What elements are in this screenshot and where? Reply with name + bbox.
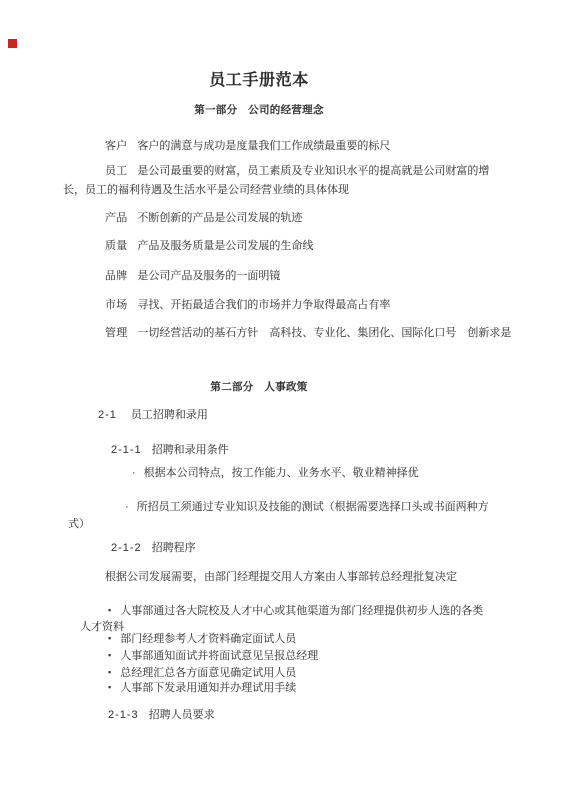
bullet-item: ·所招员工须通过专业知识及技能的测试（根据需要选择口头或书面两种方式） bbox=[68, 499, 493, 533]
principle-label: 产品 bbox=[105, 212, 127, 224]
bullet-item: ▪人事部通知面试并将面试意见呈报总经理 bbox=[108, 649, 318, 663]
section-heading-2-1-3: 2-1-3招聘人员要求 bbox=[108, 709, 215, 722]
principle-label: 客户 bbox=[105, 140, 127, 152]
bullet-text: 人事部通过各大院校及人才中心或其他渠道为部门经理提供初步人选的各类人才资料 bbox=[80, 605, 483, 633]
bullet-item: ▪人事部通过各大院校及人才中心或其他渠道为部门经理提供初步人选的各类人才资料 bbox=[80, 602, 489, 635]
principle-text: 产品及服务质量是公司发展的生命线 bbox=[137, 240, 313, 252]
principle-item: 品牌是公司产品及服务的一面明镜 bbox=[63, 267, 280, 286]
bullet-text: 部门经理参考人才资料确定面试人员 bbox=[120, 633, 296, 645]
section-title: 员工招聘和录用 bbox=[131, 409, 208, 421]
part1-heading: 第一部分 公司的经营理念 bbox=[0, 104, 518, 117]
principle-item: 员工是公司最重要的财富，员工素质及专业知识水平的提高就是公司财富的增长，员工的福… bbox=[63, 162, 493, 200]
dot-bullet-icon: · bbox=[125, 501, 129, 513]
section-heading-2-1-1: 2-1-1招聘和录用条件 bbox=[111, 444, 229, 457]
principle-text: 客户的满意与成功是度量我们工作成绩最重要的标尺 bbox=[137, 140, 390, 152]
principle-label: 质量 bbox=[105, 240, 127, 252]
bullet-text: 总经理汇总各方面意见确定试用人员 bbox=[120, 667, 296, 679]
square-bullet-icon: ▪ bbox=[108, 605, 111, 615]
principle-label: 市场 bbox=[105, 299, 127, 311]
principle-text: 不断创新的产品是公司发展的轨迹 bbox=[137, 212, 302, 224]
section-number: 2-1-3 bbox=[108, 709, 139, 721]
square-bullet-icon: ▪ bbox=[108, 650, 111, 660]
section-title: 招聘人员要求 bbox=[149, 709, 215, 721]
section-number: 2-1-2 bbox=[111, 542, 142, 554]
principle-item: 产品不断创新的产品是公司发展的轨迹 bbox=[63, 209, 302, 228]
bullet-item: ▪人事部下发录用通知并办理试用手续 bbox=[108, 681, 296, 695]
principle-label: 品牌 bbox=[105, 270, 127, 282]
square-bullet-icon: ▪ bbox=[108, 667, 111, 677]
principle-item: 质量产品及服务质量是公司发展的生命线 bbox=[63, 237, 313, 256]
square-bullet-icon: ▪ bbox=[108, 682, 111, 692]
bullet-text: 人事部通知面试并将面试意见呈报总经理 bbox=[120, 650, 318, 662]
red-marker-icon bbox=[8, 39, 17, 48]
bullet-text: 所招员工须通过专业知识及技能的测试（根据需要选择口头或书面两种方式） bbox=[68, 501, 489, 530]
square-bullet-icon: ▪ bbox=[108, 633, 111, 643]
principle-item: 管理一切经营活动的基石方针 高科技、专业化、集团化、国际化口号 创新求是 bbox=[63, 324, 511, 343]
principle-item: 市场寻找、开拓最适合我们的市场并力争取得最高占有率 bbox=[63, 296, 390, 315]
bullet-text: 根据本公司特点，按工作能力、业务水平、敬业精神择优 bbox=[144, 467, 419, 479]
document-page: 员工手册范本 第一部分 公司的经营理念 客户客户的满意与成功是度量我们工作成绩最… bbox=[0, 0, 566, 800]
bullet-text: 人事部下发录用通知并办理试用手续 bbox=[120, 682, 296, 694]
bullet-item: ▪部门经理参考人才资料确定面试人员 bbox=[108, 632, 296, 646]
section-number: 2-1-1 bbox=[111, 444, 142, 456]
principle-text: 一切经营活动的基石方针 高科技、专业化、集团化、国际化口号 创新求是 bbox=[137, 327, 511, 339]
bullet-item: ·根据本公司特点，按工作能力、业务水平、敬业精神择优 bbox=[132, 467, 419, 480]
principle-label: 管理 bbox=[105, 327, 127, 339]
part2-heading: 第二部分 人事政策 bbox=[0, 381, 518, 394]
principle-label: 员工 bbox=[105, 165, 127, 177]
bullet-item: ▪总经理汇总各方面意见确定试用人员 bbox=[108, 666, 296, 680]
section-number: 2-1 bbox=[98, 409, 117, 421]
page-title: 员工手册范本 bbox=[0, 71, 518, 90]
section-title: 招聘程序 bbox=[152, 542, 196, 554]
principle-text: 寻找、开拓最适合我们的市场并力争取得最高占有率 bbox=[137, 299, 390, 311]
dot-bullet-icon: · bbox=[132, 467, 136, 479]
section-title: 招聘和录用条件 bbox=[152, 444, 229, 456]
section-heading-2-1-2: 2-1-2招聘程序 bbox=[111, 542, 196, 555]
intro-paragraph: 根据公司发展需要，由部门经理提交用人方案由人事部转总经理批复决定 bbox=[105, 571, 457, 584]
section-heading-2-1: 2-1员工招聘和录用 bbox=[98, 409, 208, 422]
principle-item: 客户客户的满意与成功是度量我们工作成绩最重要的标尺 bbox=[63, 137, 390, 156]
principle-text: 是公司产品及服务的一面明镜 bbox=[137, 270, 280, 282]
